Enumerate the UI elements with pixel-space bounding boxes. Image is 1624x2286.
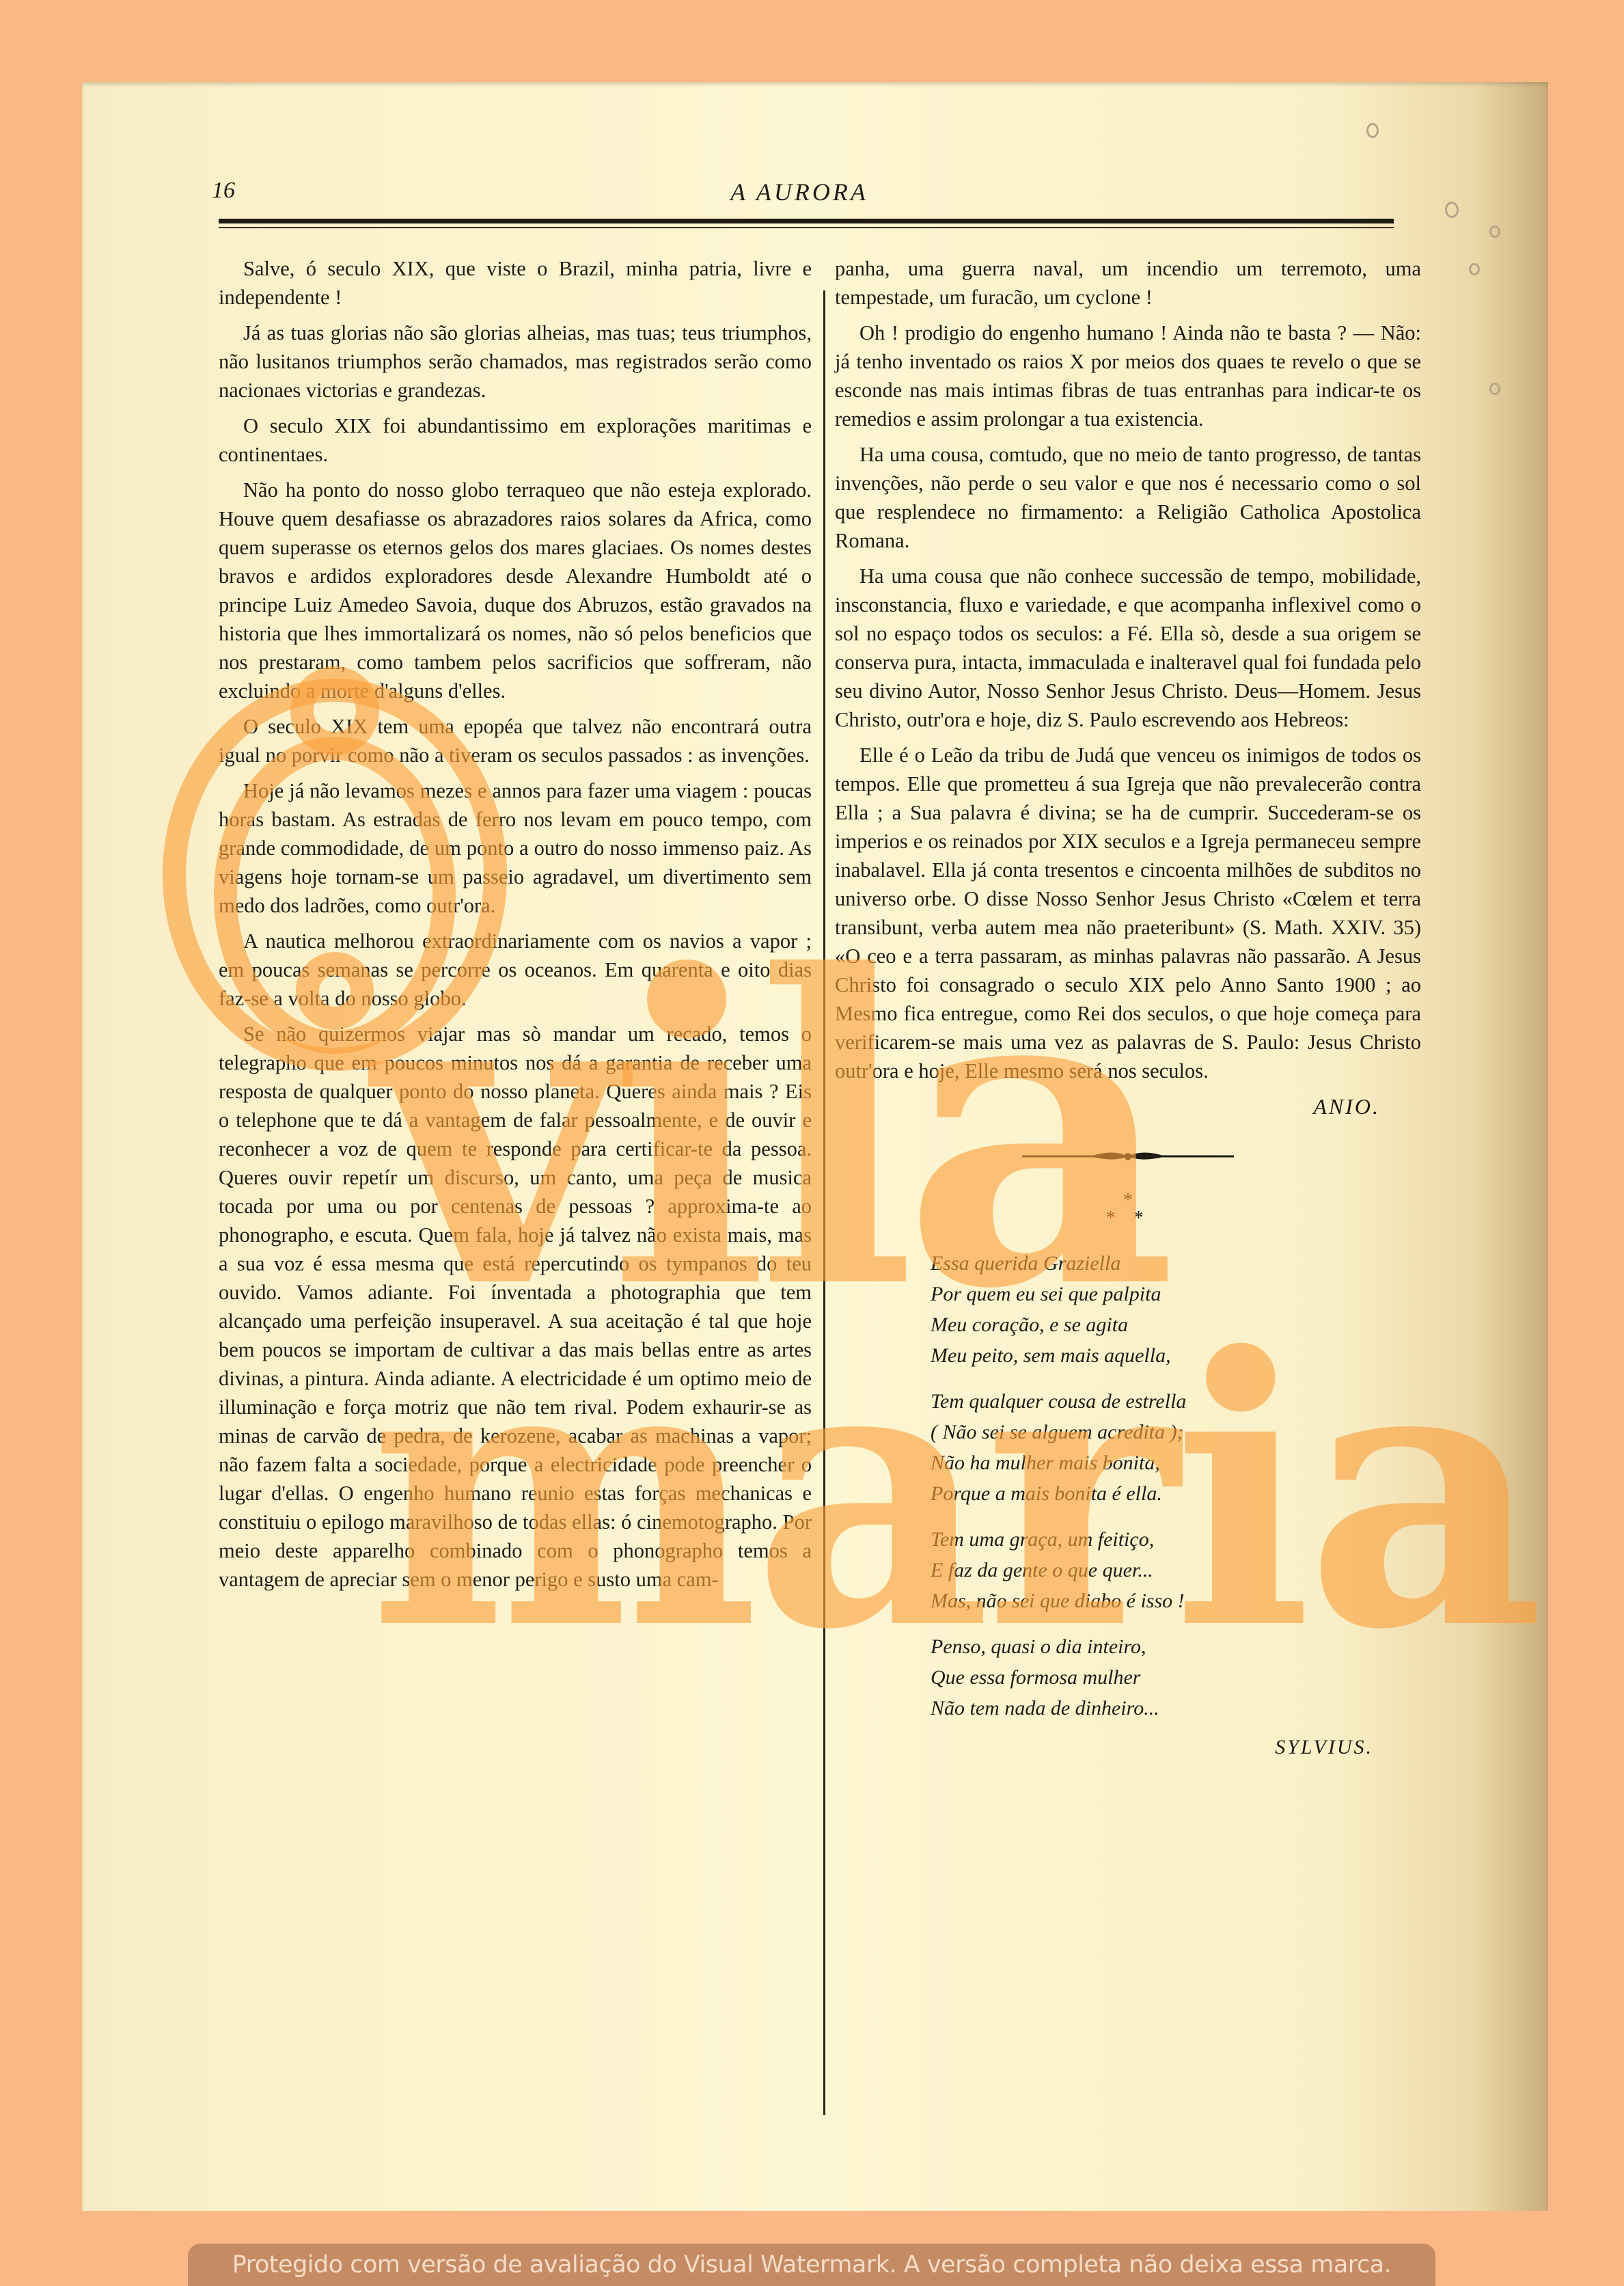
scanned-page: 16 A AURORA Salve, ó seculo XIX, que vis… bbox=[82, 82, 1548, 2211]
poem-line: Essa querida Graziella bbox=[931, 1248, 1421, 1279]
paragraph: Se não quizermos viajar mas sò mandar um… bbox=[219, 1020, 812, 1594]
poem-line: Tem qualquer cousa de estrella bbox=[931, 1386, 1421, 1417]
poem: Essa querida Graziella Por quem eu sei q… bbox=[835, 1248, 1421, 1724]
paragraph: Ha uma cousa, comtudo, que no meio de ta… bbox=[835, 440, 1421, 555]
poem-line: Porque a mais bonita é ella. bbox=[931, 1478, 1421, 1509]
paragraph: Hoje já não levamos mezes e annos para f… bbox=[219, 776, 812, 920]
header-rule-thin bbox=[219, 227, 1394, 228]
stars-bottom: * * bbox=[835, 1210, 1421, 1227]
poem-stanza: Essa querida Graziella Por quem eu sei q… bbox=[931, 1248, 1421, 1371]
column-divider bbox=[823, 290, 825, 2115]
poem-line: E faz da gente o que quer... bbox=[931, 1555, 1421, 1586]
page-header: 16 A AURORA bbox=[212, 178, 1387, 219]
paragraph: panha, uma guerra naval, um incendio um … bbox=[835, 254, 1421, 312]
paragraph: A nautica melhorou extraordinariamente c… bbox=[219, 927, 812, 1013]
left-column: Salve, ó seculo XIX, que viste o Brazil,… bbox=[219, 254, 812, 1601]
poem-line: Que essa formosa mulher bbox=[931, 1662, 1421, 1693]
poem-line: Meu coração, e se agita bbox=[931, 1309, 1421, 1340]
poem-line: Não tem nada de dinheiro... bbox=[931, 1693, 1421, 1724]
paragraph: O seculo XIX foi abundantissimo em explo… bbox=[219, 411, 812, 469]
paper-speck bbox=[1489, 226, 1500, 238]
paragraph: Ha uma cousa que não conhece successão d… bbox=[835, 562, 1421, 734]
article-signature: ANIO. bbox=[835, 1092, 1421, 1121]
poem-stanza: Tem qualquer cousa de estrella ( Não sei… bbox=[931, 1386, 1421, 1509]
poem-line: Não ha mulher mais bonita, bbox=[931, 1447, 1421, 1478]
paper-speck bbox=[1445, 202, 1459, 218]
poem-line: Meu peito, sem mais aquella, bbox=[931, 1340, 1421, 1371]
paragraph: Não ha ponto do nosso globo terraqueo qu… bbox=[219, 476, 812, 705]
poem-stanza: Tem uma graça, um feitiço, E faz da gent… bbox=[931, 1524, 1421, 1616]
poem-line: Tem uma graça, um feitiço, bbox=[931, 1524, 1421, 1555]
poem-stanza: Penso, quasi o dia inteiro, Que essa for… bbox=[931, 1631, 1421, 1724]
paragraph: O seculo XIX tem uma epopéa que talvez n… bbox=[219, 712, 812, 770]
poem-line: Mas, não sei que diabo é isso ! bbox=[931, 1586, 1421, 1616]
paragraph: Elle é o Leão da tribu de Judá que vence… bbox=[835, 741, 1421, 1085]
ornamental-divider-icon bbox=[1022, 1148, 1234, 1165]
journal-title: A AURORA bbox=[212, 178, 1387, 206]
paper-speck bbox=[1489, 383, 1500, 395]
right-column: panha, uma guerra naval, um incendio um … bbox=[835, 254, 1421, 1762]
poem-line: Penso, quasi o dia inteiro, bbox=[931, 1631, 1421, 1662]
evaluation-watermark-banner: Protegido com versão de avaliação do Vis… bbox=[188, 2244, 1435, 2286]
poem-line: ( Não sei se alguem acredita ); bbox=[931, 1417, 1421, 1447]
header-rule-thick bbox=[219, 219, 1394, 223]
paper-speck bbox=[1366, 123, 1379, 138]
paragraph: Oh ! prodigio do engenho humano ! Ainda … bbox=[835, 318, 1421, 433]
paragraph: Salve, ó seculo XIX, que viste o Brazil,… bbox=[219, 254, 812, 312]
paragraph: Já as tuas glorias não são glorias alhei… bbox=[219, 318, 812, 405]
poem-signature: SYLVIUS. bbox=[835, 1733, 1421, 1762]
paper-speck bbox=[1469, 263, 1480, 275]
asterism-icon: * * * bbox=[835, 1192, 1421, 1227]
poem-line: Por quem eu sei que palpita bbox=[931, 1279, 1421, 1309]
